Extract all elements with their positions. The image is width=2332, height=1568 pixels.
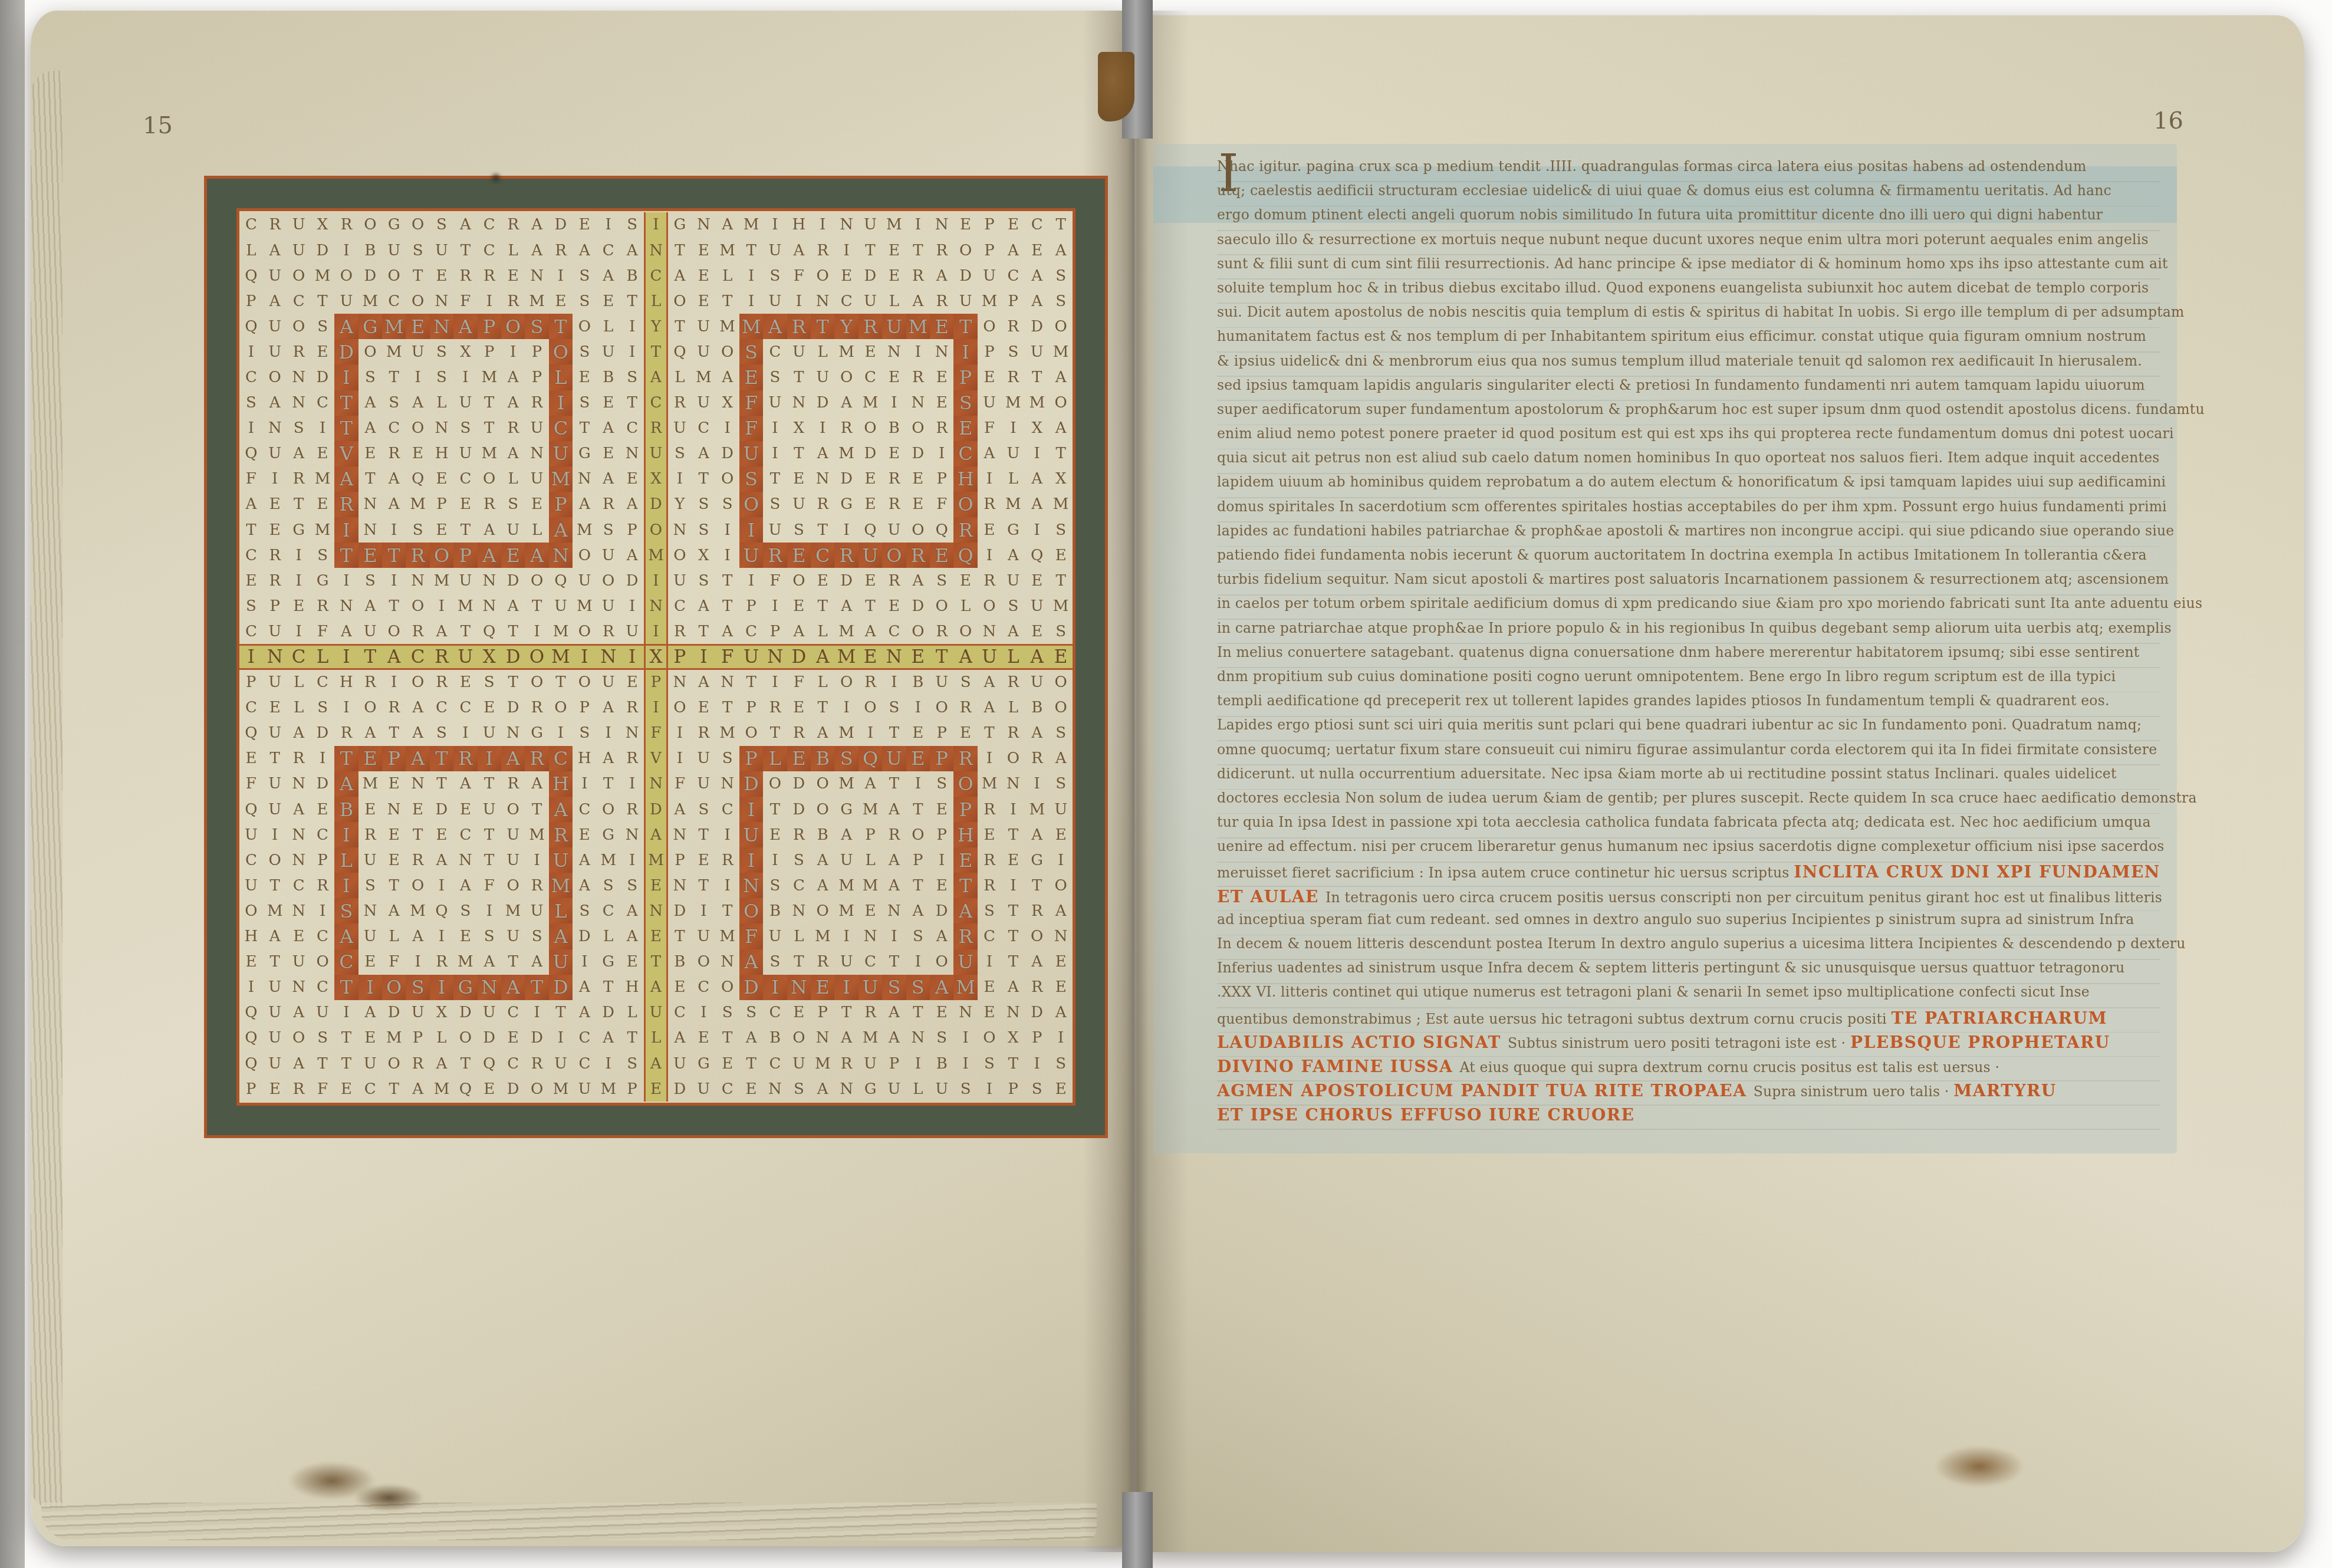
grid-letter: I [953, 1051, 977, 1076]
grid-letter: O [811, 263, 834, 288]
grid-letter: I [430, 873, 453, 898]
grid-letter: E [1049, 644, 1073, 669]
grid-letter: R [263, 212, 287, 238]
grid-letter: I [239, 339, 263, 364]
grid-letter: T [882, 949, 906, 975]
grid-letter: M [953, 975, 977, 1000]
grid-letter: I [573, 771, 596, 797]
grid-letter: Q [239, 797, 263, 822]
grid-letter: I [644, 568, 667, 593]
grid-letter: E [501, 543, 525, 568]
grid-letter: S [1049, 771, 1073, 797]
grid-letter: N [406, 568, 429, 593]
grid-letter: I [334, 644, 358, 669]
grid-letter: C [597, 898, 620, 923]
manuscript-line: DIVINO FAMINE IUSSA At eius quoque qui s… [1217, 1057, 2160, 1081]
grid-letter: L [287, 695, 310, 721]
grid-letter: E [859, 644, 882, 669]
grid-letter: R [311, 873, 334, 898]
grid-letter: P [573, 695, 596, 721]
grid-letter: A [573, 975, 596, 1000]
grid-letter: N [287, 364, 310, 390]
grid-letter: Q [239, 441, 263, 466]
body-text: utq; caelestis aedificii structuram eccl… [1217, 182, 2111, 199]
grid-letter: O [953, 238, 977, 263]
grid-letter: T [882, 721, 906, 746]
grid-letter: B [620, 263, 644, 288]
grid-letter: A [549, 797, 573, 822]
grid-letter: A [1049, 364, 1073, 390]
grid-letter: P [478, 314, 501, 339]
grid-letter: N [787, 975, 811, 1000]
grid-letter: R [715, 847, 739, 873]
grid-letter: I [763, 416, 787, 441]
grid-letter: O [1049, 695, 1073, 721]
grid-letter: T [668, 923, 692, 949]
grid-letter: E [382, 822, 406, 847]
grid-letter: O [525, 1076, 548, 1102]
grid-letter: U [263, 670, 287, 695]
grid-letter: E [668, 975, 692, 1000]
grid-letter: M [692, 364, 715, 390]
grid-letter: T [763, 466, 787, 492]
grid-letter: U [978, 390, 1001, 416]
grid-letter: I [287, 619, 310, 644]
grid-letter: C [478, 212, 501, 238]
manuscript-line: in carne patriarchae atque proph&ae In p… [1217, 620, 2160, 644]
grid-letter: M [644, 543, 667, 568]
grid-letter: T [715, 898, 739, 923]
grid-letter: U [1049, 797, 1073, 822]
grid-letter: D [597, 1000, 620, 1025]
grid-letter: R [978, 797, 1001, 822]
grid-letter: R [382, 695, 406, 721]
grid-letter: E [287, 923, 310, 949]
grid-letter: U [692, 339, 715, 364]
grid-letter: M [525, 288, 548, 314]
grid-letter: C [311, 390, 334, 416]
grid-letter: O [406, 212, 429, 238]
grid-letter: R [382, 441, 406, 466]
grid-letter: U [834, 847, 858, 873]
grid-letter: A [620, 492, 644, 517]
grid-letter: U [478, 797, 501, 822]
grid-letter: A [287, 441, 310, 466]
grid-letter: M [859, 873, 882, 898]
grid-letter: I [763, 441, 787, 466]
manuscript-line: saeculo illo & resurrectione ex mortuis … [1217, 231, 2160, 255]
grid-letter: U [1025, 593, 1049, 619]
grid-letter: U [859, 212, 882, 238]
grid-letter: B [668, 949, 692, 975]
grid-letter: A [692, 593, 715, 619]
spine-leather [1098, 52, 1134, 121]
grid-letter: S [573, 288, 596, 314]
grid-letter: C [239, 364, 263, 390]
grid-letter: S [953, 1076, 977, 1102]
grid-letter: S [478, 670, 501, 695]
body-text: humanitatem factus est & nos templum di … [1217, 328, 2146, 344]
grid-letter: E [430, 517, 453, 543]
grid-letter: T [715, 288, 739, 314]
grid-letter: A [382, 898, 406, 923]
grid-letter: I [668, 746, 692, 771]
grid-letter: A [263, 288, 287, 314]
grid-letter: A [1001, 975, 1025, 1000]
grid-letter: T [597, 771, 620, 797]
body-text: lapidem uiuum ab hominibus quidem reprob… [1217, 474, 2166, 490]
grid-letter: D [382, 1000, 406, 1025]
grid-letter: C [1025, 212, 1049, 238]
grid-letter: E [859, 568, 882, 593]
grid-letter: O [406, 593, 429, 619]
grid-letter: U [263, 619, 287, 644]
grid-letter: I [715, 873, 739, 898]
grid-letter: A [597, 466, 620, 492]
grid-letter: U [501, 847, 525, 873]
grid-letter: O [1025, 923, 1049, 949]
grid-letter: A [573, 238, 596, 263]
grid-letter: B [906, 670, 930, 695]
manuscript-line: ad inceptiua speram fiat cum redeant. se… [1217, 911, 2160, 935]
grid-letter: I [906, 771, 930, 797]
grid-letter: S [620, 364, 644, 390]
grid-letter: A [692, 670, 715, 695]
grid-letter: E [1025, 619, 1049, 644]
grid-letter: P [382, 746, 406, 771]
grid-letter: N [644, 771, 667, 797]
grid-letter: L [953, 593, 977, 619]
grid-letter: D [358, 263, 382, 288]
grid-letter: T [668, 238, 692, 263]
grid-letter: E [692, 238, 715, 263]
grid-letter: E [239, 746, 263, 771]
grid-letter: D [644, 797, 667, 822]
grid-letter: H [549, 771, 573, 797]
grid-letter: A [906, 288, 930, 314]
grid-letter: A [1025, 492, 1049, 517]
grid-letter: I [239, 975, 263, 1000]
grid-letter: T [763, 721, 787, 746]
manuscript-line: templi aedificatione qd preceperit rex u… [1217, 692, 2160, 716]
grid-letter: R [430, 949, 453, 975]
grid-letter: I [549, 390, 573, 416]
rubric-red-text: ET AULAE [1217, 887, 1325, 906]
grid-letter: L [811, 670, 834, 695]
grid-letter: P [1025, 1025, 1049, 1051]
grid-letter: S [311, 314, 334, 339]
grid-letter: I [597, 721, 620, 746]
grid-letter: U [263, 771, 287, 797]
grid-letter: N [525, 441, 548, 466]
grid-letter: P [311, 847, 334, 873]
grid-letter: S [525, 314, 548, 339]
grid-letter: T [430, 746, 453, 771]
grid-letter: I [834, 517, 858, 543]
grid-letter: T [811, 593, 834, 619]
grid-letter: M [715, 314, 739, 339]
grid-letter: U [287, 212, 310, 238]
grid-letter: R [978, 873, 1001, 898]
manuscript-line: dnm propitium sub cuius dominatione posi… [1217, 668, 2160, 692]
grid-letter: U [478, 721, 501, 746]
grid-letter: C [715, 797, 739, 822]
manuscript-photo: 15 16 CRUXROGOSACRADEISIGNAMIHINUMINEPEC… [0, 0, 2332, 1568]
grid-letter: G [525, 721, 548, 746]
grid-letter: T [430, 771, 453, 797]
grid-letter: U [549, 1051, 573, 1076]
grid-letter: A [882, 873, 906, 898]
grid-letter: U [263, 721, 287, 746]
grid-letter: E [859, 898, 882, 923]
grid-letter: U [692, 923, 715, 949]
grid-letter: M [834, 721, 858, 746]
grid-letter: O [525, 568, 548, 593]
grid-letter: O [739, 898, 763, 923]
grid-letter: C [334, 949, 358, 975]
grid-letter: D [668, 898, 692, 923]
body-text: in carne patriarchae atque proph&ae In p… [1217, 620, 2172, 636]
grid-letter: T [811, 314, 834, 339]
grid-letter: E [644, 1076, 667, 1102]
grid-letter: C [787, 873, 811, 898]
grid-letter: A [501, 746, 525, 771]
grid-letter: D [787, 797, 811, 822]
grid-letter: I [311, 746, 334, 771]
grid-letter: E [692, 695, 715, 721]
grid-letter: L [1001, 644, 1025, 669]
grid-letter: U [739, 822, 763, 847]
grid-letter: A [525, 543, 548, 568]
grid-letter: A [692, 441, 715, 466]
grid-letter: G [859, 1076, 882, 1102]
grid-letter: E [811, 975, 834, 1000]
grid-letter: N [597, 644, 620, 669]
grid-letter: I [287, 568, 310, 593]
grid-letter: A [811, 847, 834, 873]
grid-letter: A [287, 797, 310, 822]
grid-letter: A [358, 390, 382, 416]
grid-letter: I [1001, 797, 1025, 822]
grid-letter: S [430, 339, 453, 364]
grid-letter: E [478, 695, 501, 721]
grid-letter: A [930, 975, 953, 1000]
grid-letter: A [620, 238, 644, 263]
grid-letter: Q [239, 314, 263, 339]
grid-letter: G [1025, 847, 1049, 873]
grid-letter: C [668, 1000, 692, 1025]
grid-letter: N [668, 517, 692, 543]
grid-letter: R [930, 619, 953, 644]
grid-letter: R [525, 873, 548, 898]
grid-letter: T [1025, 873, 1049, 898]
grid-letter: O [263, 847, 287, 873]
grid-letter: T [478, 822, 501, 847]
rubric-red-text: INCLITA CRUX DNI XPI FUNDAMEN [1794, 862, 2160, 882]
left-page-fore-edge-leaves [31, 71, 63, 1510]
grid-letter: U [859, 288, 882, 314]
grid-letter: O [1049, 390, 1073, 416]
grid-letter: T [692, 466, 715, 492]
grid-letter: I [906, 212, 930, 238]
grid-letter: T [549, 314, 573, 339]
grid-letter: S [668, 441, 692, 466]
grid-letter: I [834, 238, 858, 263]
grid-letter: C [763, 1051, 787, 1076]
grid-letter: G [668, 212, 692, 238]
grid-letter: E [787, 1000, 811, 1025]
grid-letter: O [406, 288, 429, 314]
grid-letter: U [358, 619, 382, 644]
grid-letter: D [525, 1025, 548, 1051]
manuscript-line: didicerunt. ut nulla occurrentium aduers… [1217, 765, 2160, 790]
grid-letter: N [1001, 771, 1025, 797]
grid-letter: X [430, 1000, 453, 1025]
grid-letter: T [453, 238, 477, 263]
grid-letter: S [311, 695, 334, 721]
grid-letter: A [978, 695, 1001, 721]
grid-letter: I [620, 644, 644, 669]
grid-letter: Q [406, 466, 429, 492]
grid-letter: T [573, 416, 596, 441]
grid-letter: H [787, 212, 811, 238]
grid-letter: D [501, 644, 525, 669]
grid-letter: I [906, 695, 930, 721]
grid-letter: A [573, 847, 596, 873]
grid-letter: E [811, 568, 834, 593]
grid-letter: I [930, 847, 953, 873]
grid-letter: E [906, 644, 930, 669]
grid-letter: N [692, 212, 715, 238]
grid-letter: I [334, 517, 358, 543]
grid-letter: I [715, 416, 739, 441]
grid-letter: U [1001, 568, 1025, 593]
grid-letter: V [644, 746, 667, 771]
grid-letter: A [239, 492, 263, 517]
grid-letter: A [501, 593, 525, 619]
grid-letter: U [453, 390, 477, 416]
grid-letter: T [501, 949, 525, 975]
manuscript-line: in caelos per totum orbem spiritale aedi… [1217, 595, 2160, 619]
grid-letter: T [930, 644, 953, 669]
grid-letter: A [430, 847, 453, 873]
body-text: dnm propitium sub cuius dominatione posi… [1217, 668, 2116, 685]
grid-letter: O [311, 949, 334, 975]
grid-letter: S [573, 721, 596, 746]
grid-letter: M [549, 466, 573, 492]
grid-letter: R [406, 1051, 429, 1076]
grid-letter: S [573, 339, 596, 364]
grid-letter: L [811, 339, 834, 364]
grid-letter: A [525, 212, 548, 238]
grid-letter: C [453, 822, 477, 847]
grid-letter: O [382, 263, 406, 288]
grid-letter: A [501, 441, 525, 466]
grid-letter: C [978, 923, 1001, 949]
grid-letter: O [953, 492, 977, 517]
grid-letter: S [715, 746, 739, 771]
grid-letter: G [597, 822, 620, 847]
grid-letter: E [692, 1025, 715, 1051]
grid-letter: I [382, 517, 406, 543]
grid-letter: C [549, 746, 573, 771]
manuscript-line: tur quia In ipsa Idest in passione xpi t… [1217, 814, 2160, 838]
grid-letter: E [311, 441, 334, 466]
grid-letter: R [430, 670, 453, 695]
grid-letter: P [453, 543, 477, 568]
grid-letter: P [859, 822, 882, 847]
grid-letter: S [1049, 263, 1073, 288]
grid-letter: S [430, 364, 453, 390]
grid-letter: R [978, 847, 1001, 873]
grid-letter: F [311, 1076, 334, 1102]
manuscript-line: domus spiritales In sacerdotium scm offe… [1217, 498, 2160, 522]
grid-letter: T [478, 390, 501, 416]
grid-letter: O [453, 1025, 477, 1051]
manuscript-line: enim aliud nemo potest ponere praeter id… [1217, 425, 2160, 449]
grid-letter: O [668, 288, 692, 314]
grid-letter: F [715, 644, 739, 669]
grid-letter: S [715, 492, 739, 517]
grid-letter: I [334, 695, 358, 721]
grid-letter: N [644, 238, 667, 263]
grid-letter: P [620, 1076, 644, 1102]
grid-letter: C [382, 416, 406, 441]
body-text: Nhac igitur. pagina crux sca p medium te… [1217, 158, 2086, 175]
grid-letter: T [882, 771, 906, 797]
grid-letter: O [597, 797, 620, 822]
grid-letter: I [1001, 416, 1025, 441]
grid-letter: I [715, 517, 739, 543]
grid-letter: P [239, 288, 263, 314]
grid-letter: A [620, 923, 644, 949]
grid-letter: T [311, 1051, 334, 1076]
grid-letter: A [453, 873, 477, 898]
grid-letter: I [358, 975, 382, 1000]
body-text: quentibus demonstrabimus ; Est aute uers… [1217, 1011, 1892, 1027]
grid-letter: O [549, 695, 573, 721]
grid-letter: R [644, 416, 667, 441]
grid-letter: I [478, 288, 501, 314]
grid-letter: U [811, 364, 834, 390]
grid-letter: I [620, 314, 644, 339]
grid-letter: O [501, 797, 525, 822]
grid-letter: C [287, 644, 310, 669]
grid-letter: R [906, 543, 930, 568]
grid-letter: I [1025, 517, 1049, 543]
grid-letter: S [930, 1025, 953, 1051]
grid-letter: U [453, 568, 477, 593]
grid-letter: E [978, 822, 1001, 847]
grid-letter: E [787, 466, 811, 492]
grid-letter: U [882, 746, 906, 771]
grid-letter: C [453, 466, 477, 492]
manuscript-line: In melius conuertere satagebant. quatenu… [1217, 644, 2160, 668]
grid-letter: Q [668, 339, 692, 364]
grid-letter: X [453, 339, 477, 364]
grid-letter: U [525, 898, 548, 923]
grid-letter: U [953, 949, 977, 975]
grid-letter: M [715, 238, 739, 263]
grid-letter: M [263, 898, 287, 923]
grid-letter: D [811, 390, 834, 416]
grid-letter: T [358, 644, 382, 669]
grid-letter: C [311, 670, 334, 695]
grid-letter: D [1025, 314, 1049, 339]
grid-letter: C [358, 1076, 382, 1102]
grid-letter: F [453, 288, 477, 314]
body-text: In tetragonis uero circa crucem positis … [1325, 889, 2162, 906]
